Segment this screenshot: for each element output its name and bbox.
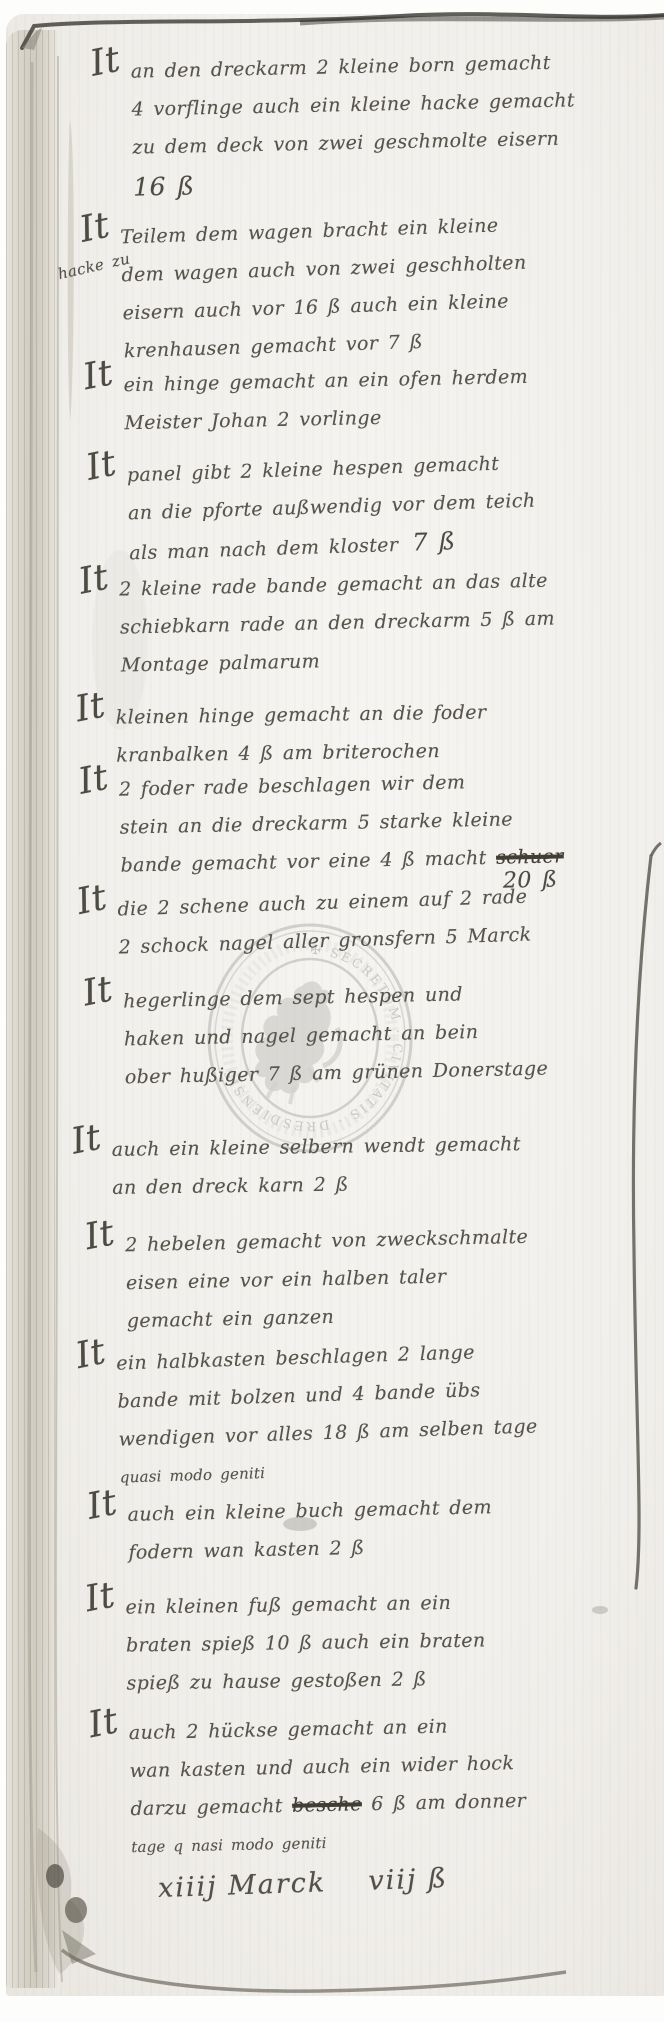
entry-line: zu dem deck von zwei geschmolte eisern bbox=[132, 119, 576, 166]
entry-line: kleinen hinge gemacht an die foder bbox=[115, 693, 486, 736]
ledger-entry: It ein hinge gemacht an ein ofen herdem … bbox=[123, 358, 529, 442]
entry-line: an den dreck karn 2 ß bbox=[112, 1163, 521, 1207]
handwritten-entries: It an den dreckarm 2 kleine born gemacht… bbox=[0, 0, 664, 2022]
entry-initial: It bbox=[68, 1119, 104, 1162]
entry-line: spieß zu hause gestoßen 2 ß bbox=[126, 1659, 486, 1702]
entry-initial: It bbox=[84, 1484, 120, 1527]
entry-amount: 16 ß bbox=[133, 159, 577, 206]
entry-amount: 7 ß bbox=[412, 527, 456, 556]
ledger-entry: It 2 hebelen gemacht von zweckschmalte e… bbox=[125, 1218, 530, 1340]
ledger-entry: It auch ein kleine selbern wendt gemacht… bbox=[111, 1125, 521, 1207]
ledger-entry: It kleinen hinge gemacht an die foder kr… bbox=[115, 693, 487, 774]
entry-initial: It bbox=[75, 759, 111, 802]
entry-line: ein kleinen fuß gemacht an ein bbox=[125, 1583, 485, 1626]
entry-initial: It bbox=[83, 445, 120, 488]
entry-line: tage q nasi modo geniti bbox=[131, 1820, 527, 1866]
entry-initial: It bbox=[72, 1333, 109, 1376]
entry-line: ober hußiger 7 ß am grünen Donerstage bbox=[124, 1050, 548, 1097]
ledger-entry: It ein halbkasten beschlagen 2 lange ban… bbox=[116, 1331, 540, 1496]
ledger-entry: It hacke zu Teilem dem wagen bracht ein … bbox=[120, 206, 530, 371]
entry-line: Montage palmarum bbox=[120, 637, 556, 684]
entry-initial: It bbox=[82, 1214, 118, 1257]
entry-initial: It bbox=[72, 687, 108, 730]
entry-line: fodern wan kasten 2 ß bbox=[128, 1526, 493, 1572]
ledger-entry: It hegerlinge dem sept hespen und haken … bbox=[123, 974, 549, 1097]
manuscript-scan: ✠ SECRETUM · CIVITATIS · DRESDIENSIS It … bbox=[0, 0, 664, 2022]
ledger-entry: It panel gibt 2 kleine hespen gemacht an… bbox=[126, 444, 537, 573]
entry-initial: It bbox=[82, 1576, 118, 1619]
entry-line: braten spieß 10 ß auch ein braten bbox=[126, 1621, 486, 1664]
entry-initial: It bbox=[76, 559, 112, 602]
ledger-entry: It ein kleinen fuß gemacht an ein braten… bbox=[125, 1583, 486, 1702]
ledger-entry: It auch 2 hückse gemacht an ein wan kast… bbox=[128, 1706, 527, 1866]
entry-line: auch ein kleine selbern wendt gemacht bbox=[111, 1125, 520, 1169]
ledger-entry: It 2 kleine rade bande gemacht an das al… bbox=[119, 561, 556, 684]
ledger-entry: It auch ein kleine buch gemacht dem fode… bbox=[127, 1488, 493, 1572]
entry-line: Meister Johan 2 vorlinge bbox=[124, 396, 529, 442]
ledger-entry: It die 2 schene auch zu einem auf 2 rade… bbox=[117, 878, 532, 967]
entry-line: auch ein kleine buch gemacht dem bbox=[127, 1488, 492, 1534]
entry-initial: It bbox=[85, 1702, 121, 1745]
entry-initial: It bbox=[80, 970, 116, 1013]
entry-initial: It bbox=[74, 879, 111, 922]
sum-total-line: xiiij Marck viij ß bbox=[158, 1863, 449, 1904]
entry-initial: It bbox=[80, 354, 116, 397]
entry-initial: It bbox=[87, 41, 123, 84]
crossed-out-word: besche bbox=[292, 1793, 362, 1816]
ledger-entry: It an den dreckarm 2 kleine born gemacht… bbox=[130, 43, 577, 206]
